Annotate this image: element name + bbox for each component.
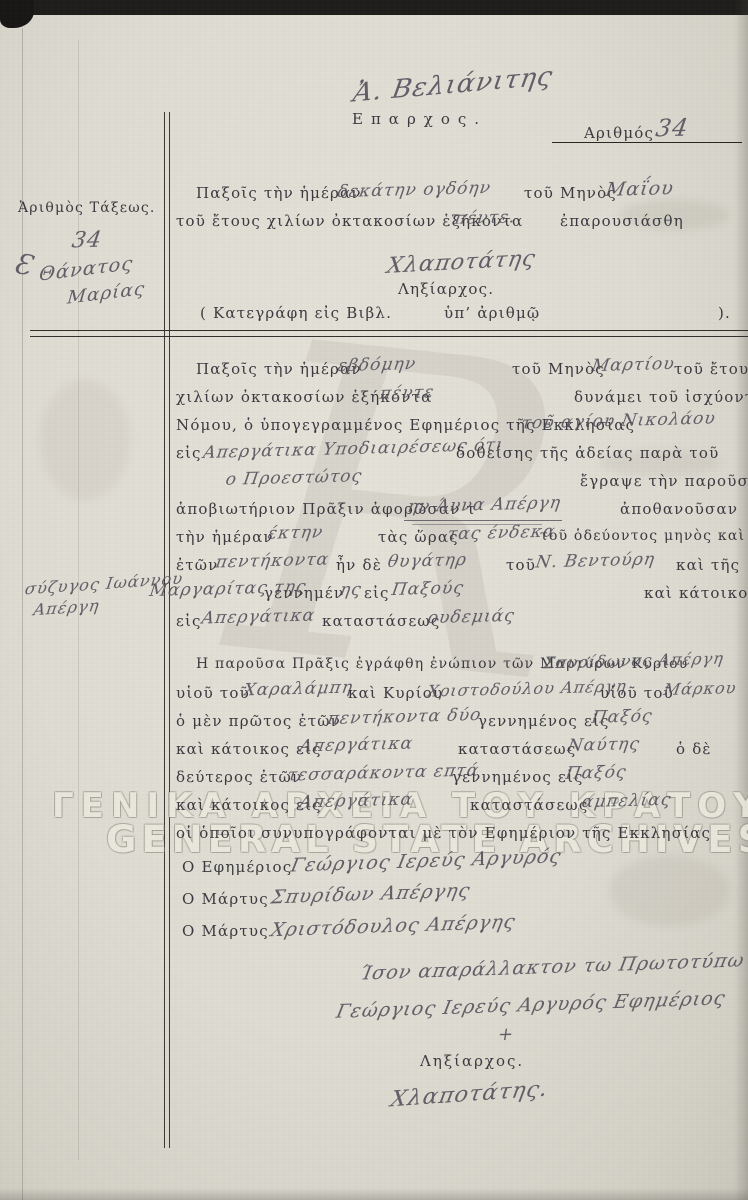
act-l8-hand-age: πεντήκοντα	[214, 550, 330, 573]
act-l7-printed-day: τὴν ἡμέραν	[176, 528, 274, 546]
wit-l4-hand-village: Απεργάτικα	[298, 734, 414, 757]
act-l1-hand-day: εβδόμην	[336, 354, 417, 376]
cert-cross-mark: +	[496, 1024, 515, 1045]
act-l8-hand-father: Ν. Βεντούρη	[534, 549, 656, 572]
wit-l2-hand-father2: Μάρκου	[662, 678, 738, 699]
wit-l5-printed-age: δεύτερος ἐτῶν	[176, 768, 302, 786]
page-bottom-shadow	[0, 1188, 748, 1200]
act-l10-printed-status: καταστάσεως	[322, 612, 440, 630]
wit-l6-printed-status: καταστάσεως	[470, 796, 588, 814]
act-l9-hand-suffix: ης	[338, 580, 363, 601]
act-l10-hand-village: Απεργάτικα	[200, 606, 316, 629]
eparchos-title: Επαρχος.	[352, 110, 487, 128]
act-l8-printed-andof: καὶ τῆς	[676, 556, 740, 574]
wit-l7-printed-cosign: οἱ ὁποῖοι συνυπογράφονται μὲ τὸν Εφημέρι…	[176, 824, 711, 842]
reg-hand-year: πέντε.	[453, 207, 517, 229]
reg-hand-day: δεκάτην ογδόην	[336, 178, 492, 202]
act-l8-printed-of: τοῦ	[506, 556, 536, 574]
wit-l5-hand-birthplace: Παξός	[564, 762, 628, 784]
act-l7-printed-month: τοῦ ὁδεύοντος μηνὸς καὶ ἔτους	[540, 528, 748, 544]
wit-l4-printed-second: ὁ δὲ	[676, 740, 712, 758]
reg-book-note-number: ὑπ’ ἀριθμῷ	[444, 304, 540, 322]
number-label: Αριθμός	[584, 124, 654, 142]
act-l9-printed-resident: καὶ κάτοικος	[644, 584, 748, 602]
act-l10-printed-at: εἰς	[176, 612, 202, 630]
act-l10-hand-status: ουδεμιάς	[426, 606, 516, 628]
wit-l2-printed-son: υἱοῦ τοῦ	[176, 684, 250, 702]
wit-l6-hand-village: Απεργάτικα	[298, 790, 414, 813]
reg-hand-month: Μαΐου	[604, 177, 675, 201]
reg-book-note-close: ).	[718, 304, 731, 322]
act-l6-printed-deceased: ἀποθανοῦσαν	[620, 500, 738, 518]
reg-printed-appeared: ἐπαρουσιάσθη	[560, 212, 684, 230]
act-l8-printed-age: ἐτῶν	[176, 556, 219, 574]
signature-priest-label: Ο Εφημέριος	[182, 858, 292, 876]
wit-l2-hand-father1: Χαραλάμπη	[242, 678, 354, 701]
act-l8-printed-was: ἦν δὲ	[336, 556, 382, 574]
act-l5-printed-wrote: ἔγραψε τὴν παροῦσαν	[580, 472, 748, 490]
signature-witness1-label: Ο Μάρτυς	[182, 890, 269, 908]
scanned-registry-page: { "wm": { "l1": "ΓΕΝΙΚΑ ΑΡΧΕΙΑ ΤΟΥ ΚΡΑΤΟ…	[0, 0, 748, 1200]
act-l1-hand-month: Μαρτίου	[590, 354, 676, 376]
act-l9-printed-at: εἰς	[364, 584, 390, 602]
number-underline	[552, 142, 742, 143]
wit-l3-hand-age: πεντήκοντα δύο	[326, 705, 483, 729]
signature-witness2-label: Ο Μάρτυς	[182, 922, 269, 940]
reg-book-note-open: ( Κατεγράφη εἰς Βιβλ.	[200, 304, 392, 322]
number-value: 34	[654, 114, 691, 143]
act-l2-printed-law: δυνάμει τοῦ ἰσχύοντος	[574, 388, 748, 406]
order-number-label: Ἀριθμὸς Τάξεως.	[18, 200, 156, 216]
registrar-title: Ληξίαρχος.	[398, 280, 494, 298]
form-horizontal-double-rule	[30, 330, 748, 337]
act-l5-hand-authority: ο Προεστώτος	[224, 466, 363, 490]
act-l4-printed-at: εἰς	[176, 444, 202, 462]
order-number-value: 34	[70, 228, 104, 254]
act-l7-hand-day: έκτην	[266, 522, 324, 543]
act-l8-hand-daughter: θυγάτηρ	[386, 550, 468, 572]
wit-l6-hand-status: αμπελίας	[580, 790, 673, 812]
cert-registrar-title: Ληξίαρχος.	[420, 1052, 524, 1070]
wit-l3-hand-birthplace: Παξός	[590, 706, 654, 728]
wit-l4-hand-status: Ναύτης	[566, 734, 641, 756]
act-l9-printed-born: γεννημέν	[264, 584, 344, 602]
wit-l3-printed-age: ὁ μὲν πρῶτος ἐτῶν	[176, 712, 341, 730]
act-l4-printed-permission: δοθείσης τῆς ἀδείας παρὰ τοῦ	[456, 444, 719, 462]
form-left-double-rule	[164, 112, 170, 1148]
act-l1-printed-year: τοῦ ἔτους	[674, 360, 748, 378]
act-l9-hand-birthplace: Παξούς	[390, 578, 465, 600]
act-l2-hand-year: πέντε	[378, 382, 435, 403]
reg-printed-month: τοῦ Μηνὸς	[524, 184, 617, 202]
photo-top-edge	[0, 0, 748, 15]
wit-l4-printed-status: καταστάσεως	[458, 740, 576, 758]
